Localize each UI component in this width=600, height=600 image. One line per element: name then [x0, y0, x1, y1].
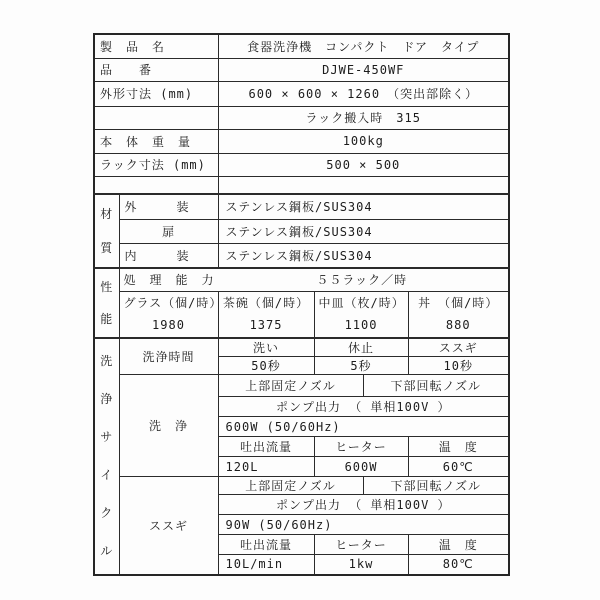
material-door-value: ステンレス鋼板/SUS304	[218, 219, 509, 243]
wash-cycle-group-cell: 洗浄サイクル	[94, 338, 119, 575]
processing-capacity-cell: 処 理 能 力 ５５ラック／時	[119, 268, 509, 291]
table-row: 性能 処 理 能 力 ５５ラック／時	[94, 268, 509, 291]
body-weight-label: 本 体 重 量	[94, 129, 218, 153]
material-exterior-value: ステンレス鋼板/SUS304	[218, 194, 509, 219]
rinse-flow-value: 10L/min	[218, 555, 314, 575]
table-row: ラック寸法 (mm) 500 × 500	[94, 153, 509, 176]
table-row: 内 装 ステンレス鋼板/SUS304	[94, 243, 509, 268]
table-row: 洗浄サイクル 洗浄時間 洗い 休止 ススギ	[94, 338, 509, 357]
product-name-label: 製 品 名	[94, 34, 218, 58]
rinse-temp-header: 温 度	[408, 535, 509, 555]
rack-loading-label	[94, 106, 218, 129]
empty-label-cell	[94, 176, 218, 194]
rinse-heater-header: ヒーター	[314, 535, 408, 555]
rinse-phase-duration: 10秒	[408, 357, 509, 375]
material-group-label: 材質	[95, 197, 119, 265]
wash-temp-value: 60℃	[408, 457, 509, 477]
wash-flow-value: 120L	[218, 457, 314, 477]
perf-glass-header: グラス（個/時）	[124, 297, 214, 310]
outer-dimensions-value: 600 × 600 × 1260 （突出部除く）	[218, 81, 509, 106]
model-number-label: 品 番	[94, 58, 218, 81]
rinse-pump-power: 90W (50/60Hz)	[218, 515, 509, 535]
rinse-nozzle-bottom: 下部回転ノズル	[363, 477, 509, 495]
table-row: 洗 浄 上部固定ノズル 下部回転ノズル	[94, 375, 509, 397]
material-interior-label: 内 装	[119, 243, 218, 268]
wash-temp-header: 温 度	[408, 437, 509, 457]
wash-pump-output: ポンプ出力 （ 単相100V ）	[218, 397, 509, 417]
processing-capacity-label: 処 理 能 力	[124, 271, 220, 288]
pause-phase-header: 休止	[314, 338, 408, 357]
rinse-heater-value: 1kw	[314, 555, 408, 575]
perf-bowl-value: 1375	[223, 319, 310, 332]
perf-donburi-header: 丼 （個/時）	[413, 297, 505, 310]
table-row: ススギ 上部固定ノズル 下部回転ノズル	[94, 477, 509, 495]
material-door-label: 扉	[119, 219, 218, 243]
perf-donburi-cell: 丼 （個/時） 880	[408, 291, 509, 338]
rack-dimensions-label: ラック寸法 (mm)	[94, 153, 218, 176]
perf-donburi-value: 880	[413, 319, 505, 332]
performance-group-label: 性能	[95, 271, 119, 335]
rinse-nozzle-top: 上部固定ノズル	[218, 477, 363, 495]
table-row	[94, 176, 509, 194]
pause-phase-duration: 5秒	[314, 357, 408, 375]
performance-group-cell: 性能	[94, 268, 119, 338]
perf-plate-cell: 中皿（枚/時） 1100	[314, 291, 408, 338]
rack-dimensions-value: 500 × 500	[218, 153, 509, 176]
wash-phase-header: 洗い	[218, 338, 314, 357]
rinse-temp-value: 80℃	[408, 555, 509, 575]
rinse-group-label: ススギ	[119, 477, 218, 575]
processing-capacity-value: ５５ラック／時	[220, 271, 505, 288]
wash-pump-power: 600W (50/60Hz)	[218, 417, 509, 437]
spec-table: 製 品 名 食器洗浄機 コンパクト ドア タイプ 品 番 DJWE-450WF …	[93, 33, 510, 576]
product-name-value: 食器洗浄機 コンパクト ドア タイプ	[218, 34, 509, 58]
wash-nozzle-top: 上部固定ノズル	[218, 375, 363, 397]
table-row: 扉 ステンレス鋼板/SUS304	[94, 219, 509, 243]
rack-loading-value: ラック搬入時 315	[218, 106, 509, 129]
wash-nozzle-bottom: 下部回転ノズル	[363, 375, 509, 397]
table-row: 外形寸法 (mm) 600 × 600 × 1260 （突出部除く）	[94, 81, 509, 106]
table-row: ラック搬入時 315	[94, 106, 509, 129]
body-weight-value: 100kg	[218, 129, 509, 153]
perf-plate-value: 1100	[319, 319, 404, 332]
perf-glass-cell: グラス（個/時） 1980	[119, 291, 218, 338]
perf-bowl-cell: 茶碗（個/時） 1375	[218, 291, 314, 338]
table-row: グラス（個/時） 1980 茶碗（個/時） 1375 中皿（枚/時） 1100 …	[94, 291, 509, 338]
wash-heater-header: ヒーター	[314, 437, 408, 457]
wash-group-label: 洗 浄	[119, 375, 218, 477]
rinse-phase-header: ススギ	[408, 338, 509, 357]
wash-heater-value: 600W	[314, 457, 408, 477]
perf-plate-header: 中皿（枚/時）	[319, 297, 404, 310]
outer-dimensions-label: 外形寸法 (mm)	[94, 81, 218, 106]
table-row: 材質 外 装 ステンレス鋼板/SUS304	[94, 194, 509, 219]
wash-cycle-group-label: 洗浄サイクル	[95, 342, 119, 570]
spec-sheet-page: 製 品 名 食器洗浄機 コンパクト ドア タイプ 品 番 DJWE-450WF …	[0, 0, 600, 600]
perf-bowl-header: 茶碗（個/時）	[223, 297, 310, 310]
rinse-pump-output: ポンプ出力 （ 単相100V ）	[218, 495, 509, 515]
table-row: 本 体 重 量 100kg	[94, 129, 509, 153]
table-row: 品 番 DJWE-450WF	[94, 58, 509, 81]
wash-flow-header: 吐出流量	[218, 437, 314, 457]
empty-value-cell	[218, 176, 509, 194]
model-number-value: DJWE-450WF	[218, 58, 509, 81]
perf-glass-value: 1980	[124, 319, 214, 332]
material-interior-value: ステンレス鋼板/SUS304	[218, 243, 509, 268]
material-exterior-label: 外 装	[119, 194, 218, 219]
wash-phase-duration: 50秒	[218, 357, 314, 375]
wash-time-label: 洗浄時間	[119, 338, 218, 375]
material-group-cell: 材質	[94, 194, 119, 268]
rinse-flow-header: 吐出流量	[218, 535, 314, 555]
table-row: 製 品 名 食器洗浄機 コンパクト ドア タイプ	[94, 34, 509, 58]
